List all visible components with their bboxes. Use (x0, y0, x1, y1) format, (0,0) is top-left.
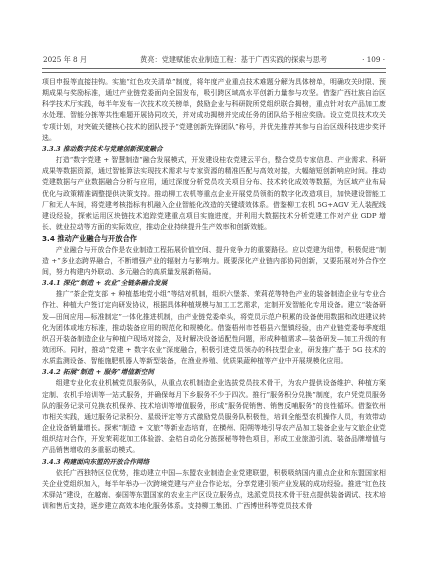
article-body: 项目申报等直接挂钩。实施“红色攻关清单”制度，将年度产业重点技术难题分解为具体榜… (42, 77, 386, 512)
paragraph-continued: 项目申报等直接挂钩。实施“红色攻关清单”制度，将年度产业重点技术难题分解为具体榜… (42, 77, 386, 144)
paragraph: 依托广西独特区位优势，推动建立中国—东盟农业制造企业党建联盟，积极吸纳国内重点企… (42, 468, 386, 513)
paragraph: 打造“数字党建 + 智慧制造”融合发展模式，开发建设桂农党建云平台，整合党员专家… (42, 155, 386, 233)
running-title: 黄亮：党建赋能农业制造工程：基于广西实践的探索与思考 (87, 55, 362, 65)
issue-date: 2025 年 8 月 (43, 55, 87, 65)
subsection-heading-3-4-3: 3.4.3 构建面向东盟的开放合作网络 (42, 457, 386, 468)
subsection-heading-3-3-3: 3.3.3 推动数字技术与党建创新深度融合 (42, 144, 386, 155)
journal-page: 2025 年 8 月 黄亮：党建赋能农业制造工程：基于广西实践的探索与思考 · … (42, 55, 386, 512)
page-number: · 109 · (362, 55, 385, 65)
header-double-rule (42, 68, 386, 73)
paragraph: 组建专业化农业机械党员服务队，从重点农机制造企业选拔党员技术骨干，为农户提供设备… (42, 378, 386, 456)
paragraph: 产业融合与开放合作是农业制造工程拓展价值空间、提升竞争力的重要路径。应以党建为纽… (42, 245, 386, 278)
subsection-heading-3-4-2: 3.4.2 拓展“制造 + 服务”增值新空间 (42, 367, 386, 378)
paragraph: 推广“茶企党支部 + 种植基地党小组”等结对机制，组织六堡茶、茉莉花等特色产业的… (42, 289, 386, 367)
subsection-heading-3-4-1: 3.4.1 深化“制造 + 农业”全链条融合发展 (42, 278, 386, 289)
running-header: 2025 年 8 月 黄亮：党建赋能农业制造工程：基于广西实践的探索与思考 · … (42, 55, 386, 65)
section-heading-3-4: 3.4 推动产业融合与开放合作 (42, 233, 386, 244)
